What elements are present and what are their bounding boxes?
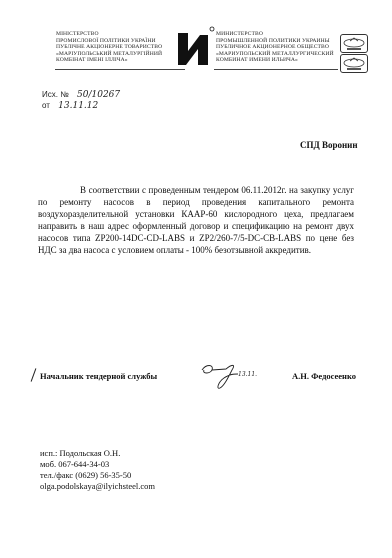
ilyich-logo-icon — [174, 25, 216, 69]
outgoing-date-value: 13.11.12 — [58, 101, 98, 111]
letterhead-line: Міністерство — [56, 31, 186, 38]
executor: исп.: Подольская О.Н. — [40, 448, 155, 459]
letterhead-divider-left — [55, 69, 185, 70]
outgoing-date-label: от — [42, 101, 50, 110]
contact-info: исп.: Подольская О.Н. моб. 067-644-34-03… — [40, 448, 155, 492]
letterhead-line: промышленной политики Украины — [216, 38, 336, 45]
svg-text:13.11.: 13.11. — [238, 371, 257, 378]
signatory-title: Начальник тендерной службы — [40, 371, 157, 381]
certification-badge-icon — [340, 34, 368, 53]
letterhead-right: Министерство промышленной политики Украи… — [216, 31, 336, 64]
letterhead-line: промислової політики України — [56, 38, 186, 45]
addressee: СПД Воронин — [300, 140, 358, 150]
outgoing-date: от 13.11.12 — [42, 101, 98, 111]
letter-body: В соответствии с проведенным тендером 06… — [38, 184, 354, 256]
letterhead-line: Публічне акціонерне товариство — [56, 44, 186, 51]
letterhead-line: Публичное акционерное общество — [216, 44, 336, 51]
letterhead-line: «Мариупольский металлургический — [216, 51, 336, 58]
certification-badge-icon — [340, 54, 368, 73]
outgoing-number-value: 50/10267 — [77, 90, 120, 100]
phone-fax: тел./факс (0629) 56-35-50 — [40, 470, 155, 481]
letterhead-line: «Маріупольський металургійний — [56, 51, 186, 58]
handwritten-signature: 13.11. — [198, 360, 260, 390]
signatory-name: А.Н. Федосеенко — [292, 371, 356, 381]
email: olga.podolskaya@ilyichsteel.com — [40, 481, 155, 492]
letterhead-divider-right — [214, 69, 338, 70]
outgoing-number-label: Исх. № — [42, 90, 69, 99]
letterhead-line: Министерство — [216, 31, 336, 38]
outgoing-number: Исх. № 50/10267 — [42, 90, 120, 100]
letterhead-line: комбинат имени Ильича» — [216, 57, 336, 64]
letterhead-line: комбінат імені Ілліча» — [56, 57, 186, 64]
signature-mark — [31, 368, 37, 381]
body-paragraph: В соответствии с проведенным тендером 06… — [38, 184, 354, 256]
letterhead-left: Міністерство промислової політики Україн… — [56, 31, 186, 64]
mobile-phone: моб. 067-644-34-03 — [40, 459, 155, 470]
